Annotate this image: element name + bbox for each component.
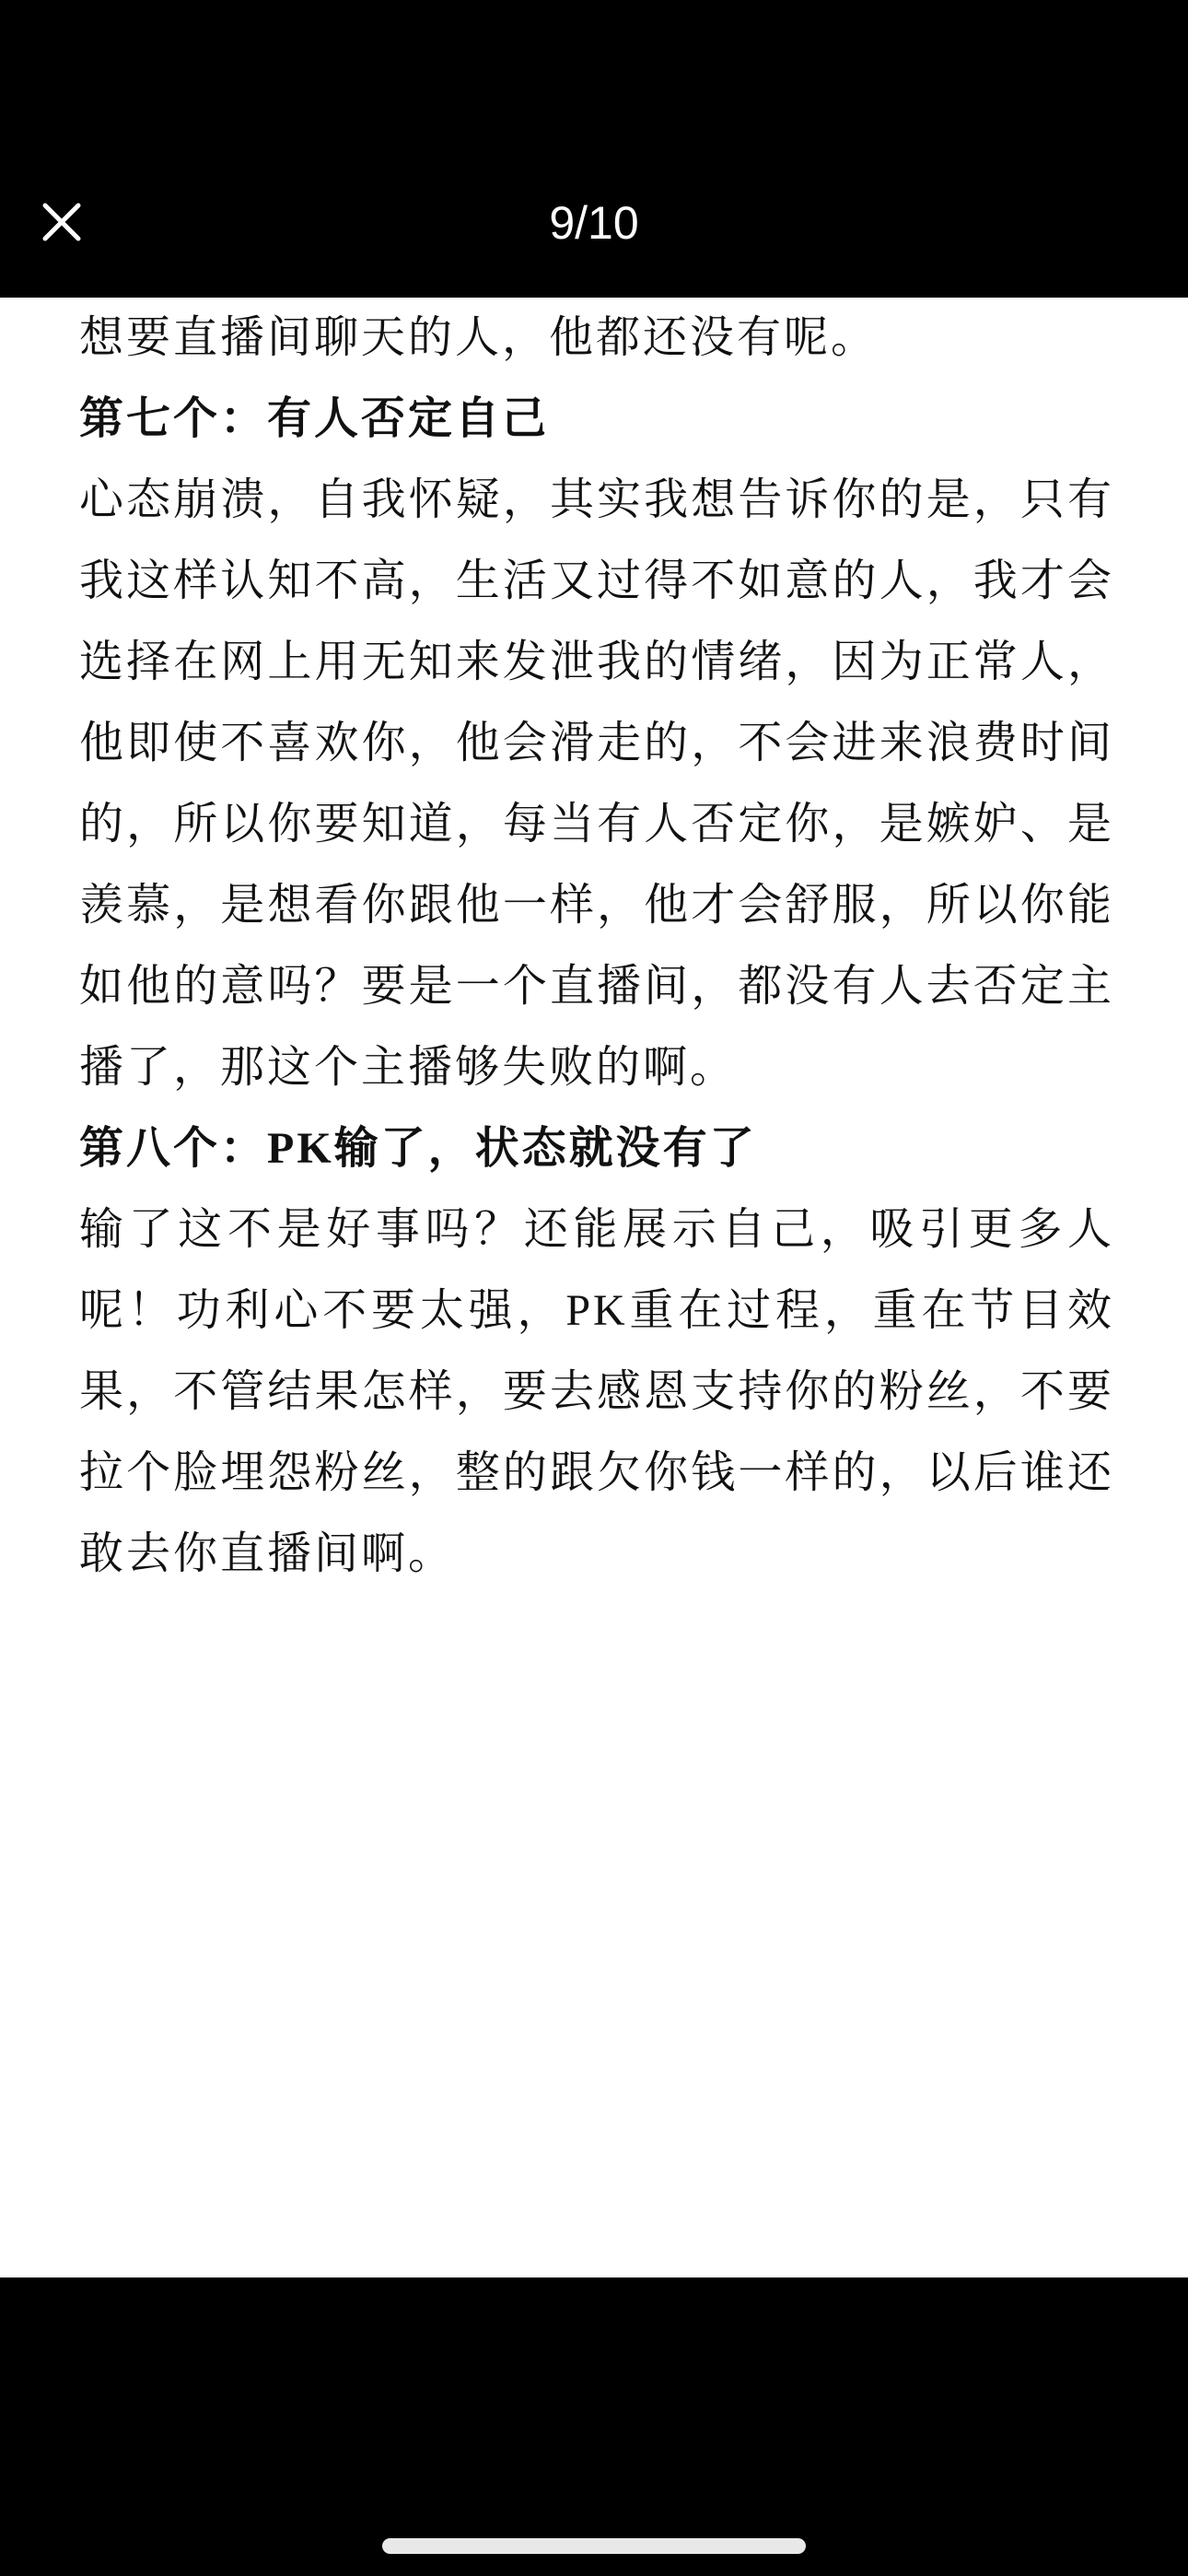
- section-heading-8: 第八个：PK输了，状态就没有了: [79, 1108, 1114, 1189]
- page-indicator: 9/10: [0, 197, 1188, 249]
- viewer-header: 9/10: [0, 0, 1188, 298]
- paragraph-section-7: 心态崩溃，自我怀疑，其实我想告诉你的是，只有我这样认知不高，生活又过得不如意的人…: [79, 460, 1114, 1108]
- paragraph-section-8: 输了这不是好事吗？还能展示自己，吸引更多人呢！功利心不要太强，PK重在过程，重在…: [79, 1189, 1114, 1595]
- section-heading-7: 第七个：有人否定自己: [79, 379, 1114, 460]
- paragraph-intro: 想要直播间聊天的人，他都还没有呢。: [79, 298, 1114, 379]
- document-page: 想要直播间聊天的人，他都还没有呢。 第七个：有人否定自己 心态崩溃，自我怀疑，其…: [0, 298, 1188, 2277]
- bottom-bar: [0, 2277, 1188, 2576]
- image-viewer-screen: 9/10 想要直播间聊天的人，他都还没有呢。 第七个：有人否定自己 心态崩溃，自…: [0, 0, 1188, 2576]
- home-indicator[interactable]: [382, 2538, 806, 2554]
